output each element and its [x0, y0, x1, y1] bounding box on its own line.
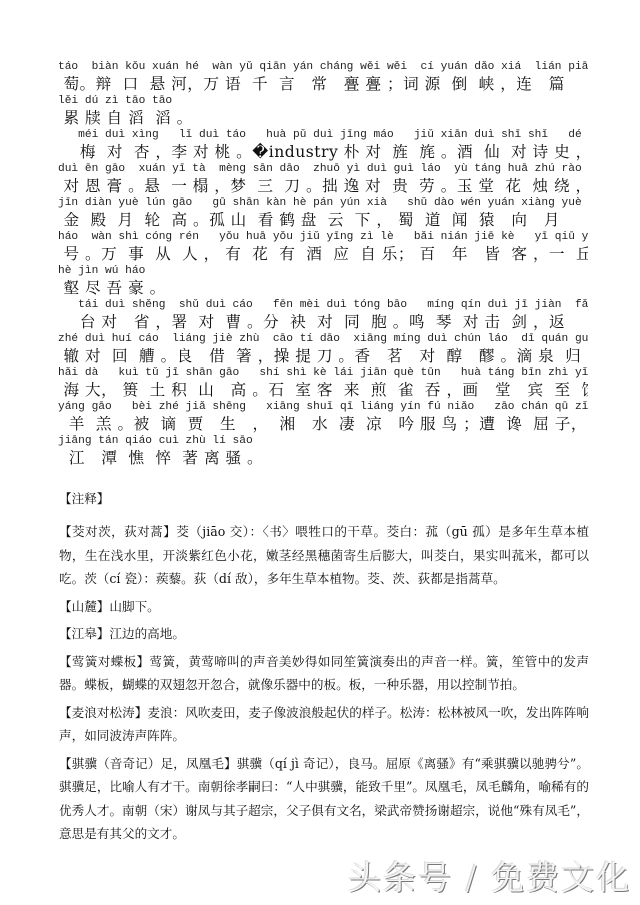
- pinyin-line: yáng gāo bèi zhé jiǎ shēng xiāng shuǐ qī…: [58, 401, 588, 415]
- note-term: 【莺簧对蝶板】: [59, 654, 150, 669]
- hanzi-line: 江 潭 憔 悴 著 离 骚 。: [58, 449, 588, 469]
- watermark: 头条号 / 免费文化: [348, 852, 631, 899]
- hanzi-line: 金 殿 月 轮 高 。孤 山 看 鹤 盘 云 下 ， 蜀 道 闻 猿 向 月: [58, 211, 588, 231]
- hanzi-line: 辙 对 回 艚 。良 借 箸 ，操 提 刀 。香 茗 对 醇 醪 。滴 泉 归: [58, 347, 588, 367]
- pinyin-line: duì ēn gāo xuán yī tà mèng sān dāo zhuō …: [58, 163, 588, 177]
- note-item: 【江皋】江边的高地。: [59, 622, 589, 646]
- pinyin-line: lěi dú zì tāo tāo: [58, 95, 588, 109]
- note-item: 【骐骥（音奇记）足，凤凰毛】骐骥（qí jì 奇记），良马。屈原《离骚》有“乘骐…: [59, 752, 589, 846]
- pinyin-line: táo biàn kǒu xuán hé wàn yǔ qiān yán chá…: [58, 61, 588, 75]
- hanzi-line: 萄。辩 口 悬 河，万 语 千 言 常 亹 亹 ；词 源 倒 峡 ，连 篇: [58, 75, 588, 95]
- note-text: 江边的高地。: [109, 626, 185, 641]
- pinyin-line: jīn diàn yuè lún gāo gū shān kàn hè pán …: [58, 197, 588, 211]
- hanzi-line: 累 牍 自 滔 滔 。: [58, 109, 588, 129]
- note-text: 山脚下。: [109, 599, 159, 614]
- hanzi-line: 羊 羔 。被 谪 贾 生 ， 湘 水 凄 凉 吟 服 鸟 ；遭 谗 屈 子，: [58, 415, 588, 435]
- note-term: 【江皋】: [59, 626, 109, 641]
- hanzi-line: 号 。万 事 从 人 ， 有 花 有 酒 应 自 乐； 百 年 皆 客 ，一 丘…: [58, 245, 588, 265]
- note-term: 【山麓】: [59, 599, 109, 614]
- pinyin-line: háo wàn shì cóng rén yǒu huā yǒu jiǔ yīn…: [58, 231, 588, 245]
- poem-text: táo biàn kǒu xuán hé wàn yǔ qiān yán chá…: [58, 61, 588, 469]
- note-term: 【骐骥（音奇记）足，凤凰毛】: [59, 756, 237, 771]
- hanzi-line: 梅 对 杏 ，李 对 桃 。�industry 朴 对 旌 旄 。酒 仙 对 诗…: [58, 143, 588, 163]
- pinyin-line: zhé duì huí cáo liáng jiè zhù cāo tí dāo…: [58, 333, 588, 347]
- note-item: 【山麓】山脚下。: [59, 595, 589, 619]
- note-item: 【茭对茨，荻对蒿】茭（jiāo 交）：〈书〉喂牲口的干草。茭白：菰（gū 孤）是…: [59, 520, 589, 591]
- hanzi-line: 对 恩 膏 。悬 一 榻 ，梦 三 刀 。拙 逸 对 贵 劳 。玉 堂 花 烛 …: [58, 177, 588, 197]
- hanzi-line: 台 对 省 ，署 对 曹 。分 袂 对 同 胞 。鸣 琴 对 击 剑 ，返: [58, 313, 588, 333]
- note-term: 【茭对茨，荻对蒿】: [59, 524, 176, 539]
- hanzi-line: 壑 尽 吾 豪 。: [58, 279, 588, 299]
- hanzi-line: 海 大， 篑 土 积 山 高 。石 室 客 来 煎 雀 吞 ，画 堂 宾 至 饮: [58, 381, 588, 401]
- notes-title: 【注释】: [59, 488, 589, 509]
- note-item: 【麦浪对松涛】麦浪：风吹麦田，麦子像波浪般起伏的样子。松涛：松林被风一吹，发出阵…: [59, 701, 589, 748]
- pinyin-line: tái duì shěng shǔ duì cáo fēn mèi duì tó…: [58, 299, 588, 313]
- pinyin-line: hǎi dà kuì tǔ jī shān gāo shí shì kè lái…: [58, 367, 588, 381]
- pinyin-line: hè jìn wú háo: [58, 265, 588, 279]
- pinyin-line: méi duì xìng lǐ duì táo huà pǔ duì jīng …: [58, 129, 588, 143]
- note-item: 【莺簧对蝶板】莺簧，黄莺啼叫的声音美妙得如同笙簧演奏出的声音一样。簧，笙管中的发…: [59, 650, 589, 697]
- pinyin-line: jiāng tán qiáo cuì zhù lí sāo: [58, 435, 588, 449]
- note-term: 【麦浪对松涛】: [59, 705, 147, 720]
- annotations: 【注释】 【茭对茨，荻对蒿】茭（jiāo 交）：〈书〉喂牲口的干草。茭白：菰（g…: [59, 488, 589, 850]
